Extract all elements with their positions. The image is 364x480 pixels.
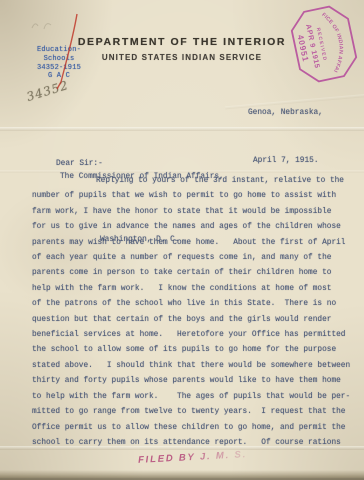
body-line: Office permit us to allow these children… [32, 421, 352, 436]
body-line: help with the farm work. I know the cond… [32, 282, 352, 297]
body-line: beneficial services at home. Heretofore … [32, 328, 352, 343]
letter-body: Replying to yours of the 3rd instant, re… [32, 174, 352, 451]
body-line: of the patrons of the school who live in… [32, 297, 352, 312]
body-line: farm work, I have the honor to state tha… [32, 205, 352, 220]
body-line: question but that certain of the boys an… [32, 313, 352, 328]
pencil-file-number: 34352 [25, 78, 70, 104]
dateline-date: April 7, 1915. [248, 153, 323, 169]
body-line: parents come in person to take certain o… [32, 266, 352, 281]
dateline-place: Genoa, Nebraska, [248, 105, 323, 121]
body-line: mitted to go range from twelve to twenty… [32, 405, 352, 420]
letter-page: Education-Schools34352-1915G A C 34352 D… [0, 0, 364, 480]
body-line: Replying to yours of the 3rd instant, re… [32, 174, 352, 189]
body-line: of each year quite a number of requests … [32, 251, 352, 266]
body-line: school to carry them on its attendance r… [32, 436, 352, 451]
filed-by-stamp: FILED BY J. M. S. [138, 449, 248, 466]
pencil-smudge [28, 16, 62, 34]
body-line: thirty and forty pupils whose parents wo… [32, 374, 352, 389]
body-line: to help with the farm work. The ages of … [32, 390, 352, 405]
body-line: number of pupils that we wish to permit … [32, 189, 352, 204]
body-line: for us to give in advance the names and … [32, 220, 352, 235]
body-line: stated above. I should think that there … [32, 359, 352, 374]
page-bottom-edge [0, 470, 364, 480]
salutation: Dear Sir:- [56, 160, 103, 168]
body-line: parents may wish to have them come home.… [32, 236, 352, 251]
body-line: the school to allow some of its pupils t… [32, 343, 352, 358]
